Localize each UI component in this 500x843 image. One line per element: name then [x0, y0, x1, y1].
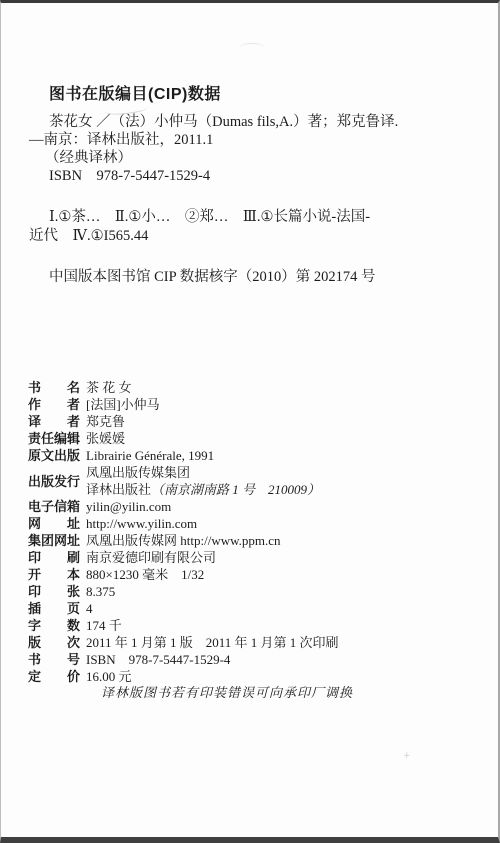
cip-classification-line: Ⅰ.①茶… Ⅱ.①小… ②郑… Ⅲ.①长篇小说-法国-	[29, 208, 469, 227]
colophon-label: 书号	[28, 651, 80, 668]
cip-record-line: ISBN 978-7-5447-1529-4	[29, 167, 469, 185]
colophon-row-email: 电子信箱 yilin@yilin.com	[28, 498, 483, 515]
colophon-label: 电子信箱	[28, 498, 80, 515]
cip-record-line: —南京：译林出版社，2011.1	[29, 131, 469, 149]
colophon-row-sheets: 印张 8.375	[28, 583, 483, 600]
book-copyright-page: 图书在版编目(CIP)数据 茶花女 ／（法）小仲马（Dumas fils,A.）…	[0, 0, 500, 843]
colophon-value: ISBN 978-7-5447-1529-4	[86, 651, 483, 668]
colophon-label: 作者	[28, 396, 80, 413]
colophon-value: 880×1230 毫米 1/32	[86, 566, 483, 583]
colophon-label: 定价	[28, 668, 80, 685]
publisher-name: 译林出版社	[86, 482, 151, 497]
colophon-label: 网址	[28, 515, 80, 532]
colophon-row-translator: 译者 郑克鲁	[28, 413, 483, 430]
cip-heading: 图书在版编目(CIP)数据	[49, 81, 221, 104]
scan-artifact	[239, 43, 265, 53]
cip-record-line: （经典译林）	[29, 149, 469, 167]
colophon-value: 茶 花 女	[86, 379, 483, 396]
colophon-value: http://www.yilin.com	[86, 515, 483, 532]
colophon-value: 南京爱德印刷有限公司	[86, 549, 483, 566]
cip-record-line: 茶花女 ／（法）小仲马（Dumas fils,A.）著；郑克鲁译.	[29, 113, 469, 131]
colophon-row-edition: 版次 2011 年 1 月第 1 版 2011 年 1 月第 1 次印刷	[28, 634, 483, 651]
colophon-value: 张媛媛	[86, 430, 483, 447]
cip-registry-line: 中国版本图书馆 CIP 数据核字（2010）第 202174 号	[49, 265, 479, 286]
colophon-value: 凤凰出版传媒网 http://www.ppm.cn	[86, 532, 483, 549]
colophon-label: 开本	[28, 566, 80, 583]
colophon-value: Librairie Générale, 1991	[86, 447, 483, 464]
colophon-value: 凤凰出版传媒集团 译林出版社（南京湖南路 1 号 210009）	[86, 464, 483, 498]
colophon-value: [法国]小仲马	[86, 396, 483, 413]
colophon-label: 插页	[28, 600, 80, 617]
colophon-label: 书名	[28, 379, 80, 396]
cip-classification-block: Ⅰ.①茶… Ⅱ.①小… ②郑… Ⅲ.①长篇小说-法国- 近代 Ⅳ.①I565.4…	[29, 208, 469, 245]
colophon-value: 郑克鲁	[86, 413, 483, 430]
colophon-value: 174 千	[86, 617, 483, 634]
colophon-value: yilin@yilin.com	[86, 498, 483, 515]
colophon-row-title: 书名 茶 花 女	[28, 379, 483, 396]
colophon-table: 书名 茶 花 女 作者 [法国]小仲马 译者 郑克鲁 责任编辑 张媛媛 原文出版…	[28, 379, 483, 685]
colophon-value: 8.375	[86, 583, 483, 600]
colophon-row-format: 开本 880×1230 毫米 1/32	[28, 566, 483, 583]
colophon-label: 字数	[28, 617, 80, 634]
cip-classification-line: 近代 Ⅳ.①I565.44	[29, 227, 469, 246]
colophon-label: 译者	[28, 413, 80, 430]
colophon-label: 印刷	[28, 549, 80, 566]
colophon-row-isbn: 书号 ISBN 978-7-5447-1529-4	[28, 651, 483, 668]
colophon-label: 版次	[28, 634, 80, 651]
colophon-label: 集团网址	[28, 532, 80, 549]
printer-exchange-note: 译林版图书若有印装错误可向承印厂调换	[101, 682, 353, 701]
colophon-row-editor: 责任编辑 张媛媛	[28, 430, 483, 447]
colophon-label: 责任编辑	[28, 430, 80, 447]
colophon-value: 4	[86, 600, 483, 617]
scan-artifact: +	[403, 751, 419, 761]
cip-record-block: 茶花女 ／（法）小仲马（Dumas fils,A.）著；郑克鲁译. —南京：译林…	[29, 113, 469, 185]
colophon-label: 原文出版	[28, 447, 80, 464]
colophon-row-group-website: 集团网址 凤凰出版传媒网 http://www.ppm.cn	[28, 532, 483, 549]
colophon-row-wordcount: 字数 174 千	[28, 617, 483, 634]
colophon-row-original-publisher: 原文出版 Librairie Générale, 1991	[28, 447, 483, 464]
colophon-row-printer: 印刷 南京爱德印刷有限公司	[28, 549, 483, 566]
colophon-row-publisher: 出版发行 凤凰出版传媒集团 译林出版社（南京湖南路 1 号 210009）	[28, 464, 483, 498]
publisher-address: （南京湖南路 1 号 210009）	[151, 482, 320, 497]
colophon-value: 2011 年 1 月第 1 版 2011 年 1 月第 1 次印刷	[86, 634, 483, 651]
colophon-label: 出版发行	[28, 473, 80, 490]
colophon-row-author: 作者 [法国]小仲马	[28, 396, 483, 413]
colophon-row-website: 网址 http://www.yilin.com	[28, 515, 483, 532]
colophon-label: 印张	[28, 583, 80, 600]
publisher-address-line: 译林出版社（南京湖南路 1 号 210009）	[86, 481, 483, 498]
colophon-row-inserts: 插页 4	[28, 600, 483, 617]
publisher-group-line: 凤凰出版传媒集团	[86, 464, 483, 481]
